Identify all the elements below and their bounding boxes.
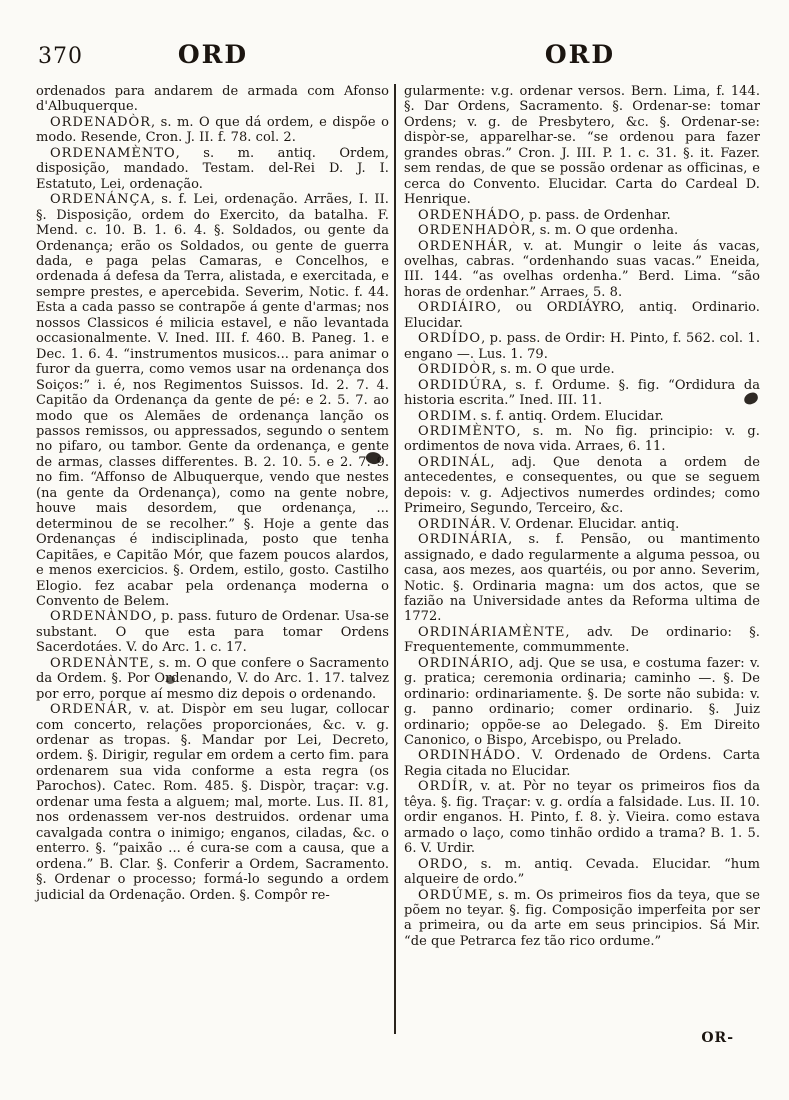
entry-headword: ORDENÁR [50, 702, 128, 717]
entry-headword: ORDENÀNDO [50, 609, 153, 624]
dictionary-entry: ORDÍR, v. at. Pòr no teyar os primeiros … [404, 779, 760, 856]
entry-headword: ORDINÁRIA [418, 532, 508, 547]
entry-headword: ORDINÁRIO [418, 656, 509, 671]
dictionary-entry: ORDENÀNDO, p. pass. futuro de Ordenar. U… [36, 609, 389, 655]
dictionary-entry: ORDINÁRIAMÈNTE, adv. De ordinario: §. Fr… [404, 625, 760, 656]
entry-headword: ORDÚME [418, 888, 489, 903]
catchword: OR- [404, 1030, 734, 1046]
dictionary-entry: ORDENHÁDO, p. pass. de Ordenhar. [404, 208, 760, 223]
dictionary-page: 370 ORD ORD ordenados para andarem de ar… [0, 0, 789, 1100]
dictionary-entry: ORDIDÒR, s. m. O que urde. [404, 362, 760, 377]
entry-headword: ORDENADÒR [50, 115, 151, 130]
dictionary-entry: ORDIMÈNTO, s. m. No fig. principio: v. g… [404, 424, 760, 455]
entry-headword: ORDO [418, 857, 464, 872]
entry-headword: ORDINÁL [418, 455, 490, 470]
dictionary-entry: ORDENAMÈNTO, s. m. antiq. Ordem, disposi… [36, 146, 389, 192]
entry-headword: ORDIDÚRA [418, 378, 503, 393]
continuation-paragraph: gularmente: v.g. ordenar versos. Bern. L… [404, 84, 760, 208]
right-column: gularmente: v.g. ordenar versos. Bern. L… [404, 84, 760, 949]
entry-headword: ORDENHADÒR [418, 223, 531, 238]
dictionary-entry: ORDIÁIRO, ou ORDIÁYRO, antiq. Ordinario.… [404, 300, 760, 331]
entry-headword: ORDIDÒR [418, 362, 492, 377]
left-column: ordenados para andarem de armada com Afo… [36, 84, 389, 903]
dictionary-entry: ORDO, s. m. antiq. Cevada. Elucidar. “hu… [404, 857, 760, 888]
running-head-right: ORD [404, 40, 756, 69]
dictionary-entry: ORDÍDO, p. pass. de Ordir: H. Pinto, f. … [404, 331, 760, 362]
entry-headword: ORDINHÁDO [418, 748, 516, 763]
dictionary-entry: ORDÚME, s. m. Os primeiros fios da teya,… [404, 888, 760, 950]
entry-headword: ORDIM [418, 409, 472, 424]
dictionary-entry: ORDENÁNÇA, s. f. Lei, ordenação. Arrães,… [36, 192, 389, 609]
entry-headword: ORDINÁRIAMÈNTE [418, 625, 565, 640]
dictionary-entry: ORDIM. s. f. antiq. Ordem. Elucidar. [404, 409, 760, 424]
running-head-left: ORD [36, 40, 390, 69]
entry-headword: ORDÍR [418, 779, 469, 794]
entry-headword: ORDÍDO [418, 331, 481, 346]
entry-headword: ORDENÁNÇA [50, 192, 151, 207]
dictionary-entry: ORDIDÚRA, s. f. Ordume. §. fig. “Ordidur… [404, 378, 760, 409]
dictionary-entry: ORDINHÁDO. V. Ordenado de Ordens. Carta … [404, 748, 760, 779]
dictionary-entry: ORDENÁR, v. at. Dispòr em seu lugar, col… [36, 702, 389, 903]
dictionary-entry: ORDINÁR. V. Ordenar. Elucidar. antiq. [404, 517, 760, 532]
dictionary-entry: ORDENÀNTE, s. m. O que confere o Sacrame… [36, 656, 389, 702]
entry-headword: ORDIÁIRO [418, 300, 497, 315]
entry-headword: ORDIMÈNTO [418, 424, 517, 439]
continuation-paragraph: ordenados para andarem de armada com Afo… [36, 84, 389, 115]
dictionary-entry: ORDENHÁR, v. at. Mungir o leite ás vacas… [404, 239, 760, 301]
dictionary-entry: ORDENHADÒR, s. m. O que ordenha. [404, 223, 760, 238]
entry-headword: ORDENHÁDO [418, 208, 521, 223]
column-divider [394, 84, 396, 1034]
entry-headword: ORDINÁR [418, 517, 492, 532]
dictionary-entry: ORDENADÒR, s. m. O que dá ordem, e dispõ… [36, 115, 389, 146]
entry-headword: ORDENÀNTE [50, 656, 150, 671]
dictionary-entry: ORDINÁRIA, s. f. Pensão, ou mantimento a… [404, 532, 760, 625]
entry-headword: ORDENAMÈNTO [50, 146, 176, 161]
entry-headword: ORDENHÁR [418, 239, 508, 254]
dictionary-entry: ORDINÁL, adj. Que denota a ordem de ante… [404, 455, 760, 517]
dictionary-entry: ORDINÁRIO, adj. Que se usa, e costuma fa… [404, 656, 760, 749]
